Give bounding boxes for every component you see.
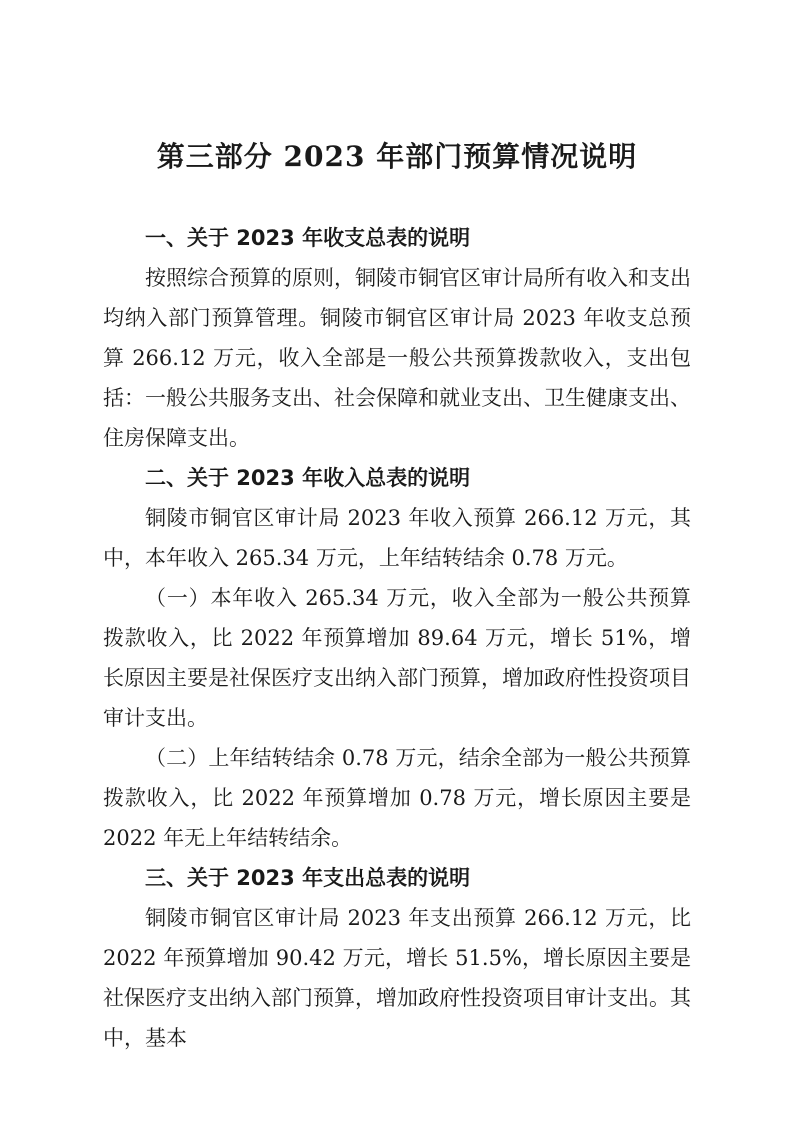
section-2-heading: 二、关于 2023 年收入总表的说明 xyxy=(103,458,691,498)
document-title: 第三部分 2023 年部门预算情况说明 xyxy=(103,135,691,179)
section-1-heading: 一、关于 2023 年收支总表的说明 xyxy=(103,218,691,258)
section-2-paragraph-1: 铜陵市铜官区审计局 2023 年收入预算 266.12 万元，其中，本年收入 2… xyxy=(103,498,691,578)
section-3-paragraph-1: 铜陵市铜官区审计局 2023 年支出预算 266.12 万元，比 2022 年预… xyxy=(103,898,691,1058)
section-income-summary: 二、关于 2023 年收入总表的说明 铜陵市铜官区审计局 2023 年收入预算 … xyxy=(103,458,691,858)
document-content: 第三部分 2023 年部门预算情况说明 一、关于 2023 年收支总表的说明 按… xyxy=(103,135,691,1058)
section-expenditure-summary: 三、关于 2023 年支出总表的说明 铜陵市铜官区审计局 2023 年支出预算 … xyxy=(103,858,691,1058)
document-page: 第三部分 2023 年部门预算情况说明 一、关于 2023 年收支总表的说明 按… xyxy=(0,0,793,1122)
section-1-paragraph-1: 按照综合预算的原则，铜陵市铜官区审计局所有收入和支出均纳入部门预算管理。铜陵市铜… xyxy=(103,258,691,458)
section-3-heading: 三、关于 2023 年支出总表的说明 xyxy=(103,858,691,898)
section-2-paragraph-2: （一）本年收入 265.34 万元，收入全部为一般公共预算拨款收入，比 2022… xyxy=(103,578,691,738)
section-income-expenditure-summary: 一、关于 2023 年收支总表的说明 按照综合预算的原则，铜陵市铜官区审计局所有… xyxy=(103,218,691,458)
section-2-paragraph-3: （二）上年结转结余 0.78 万元，结余全部为一般公共预算拨款收入，比 2022… xyxy=(103,738,691,858)
